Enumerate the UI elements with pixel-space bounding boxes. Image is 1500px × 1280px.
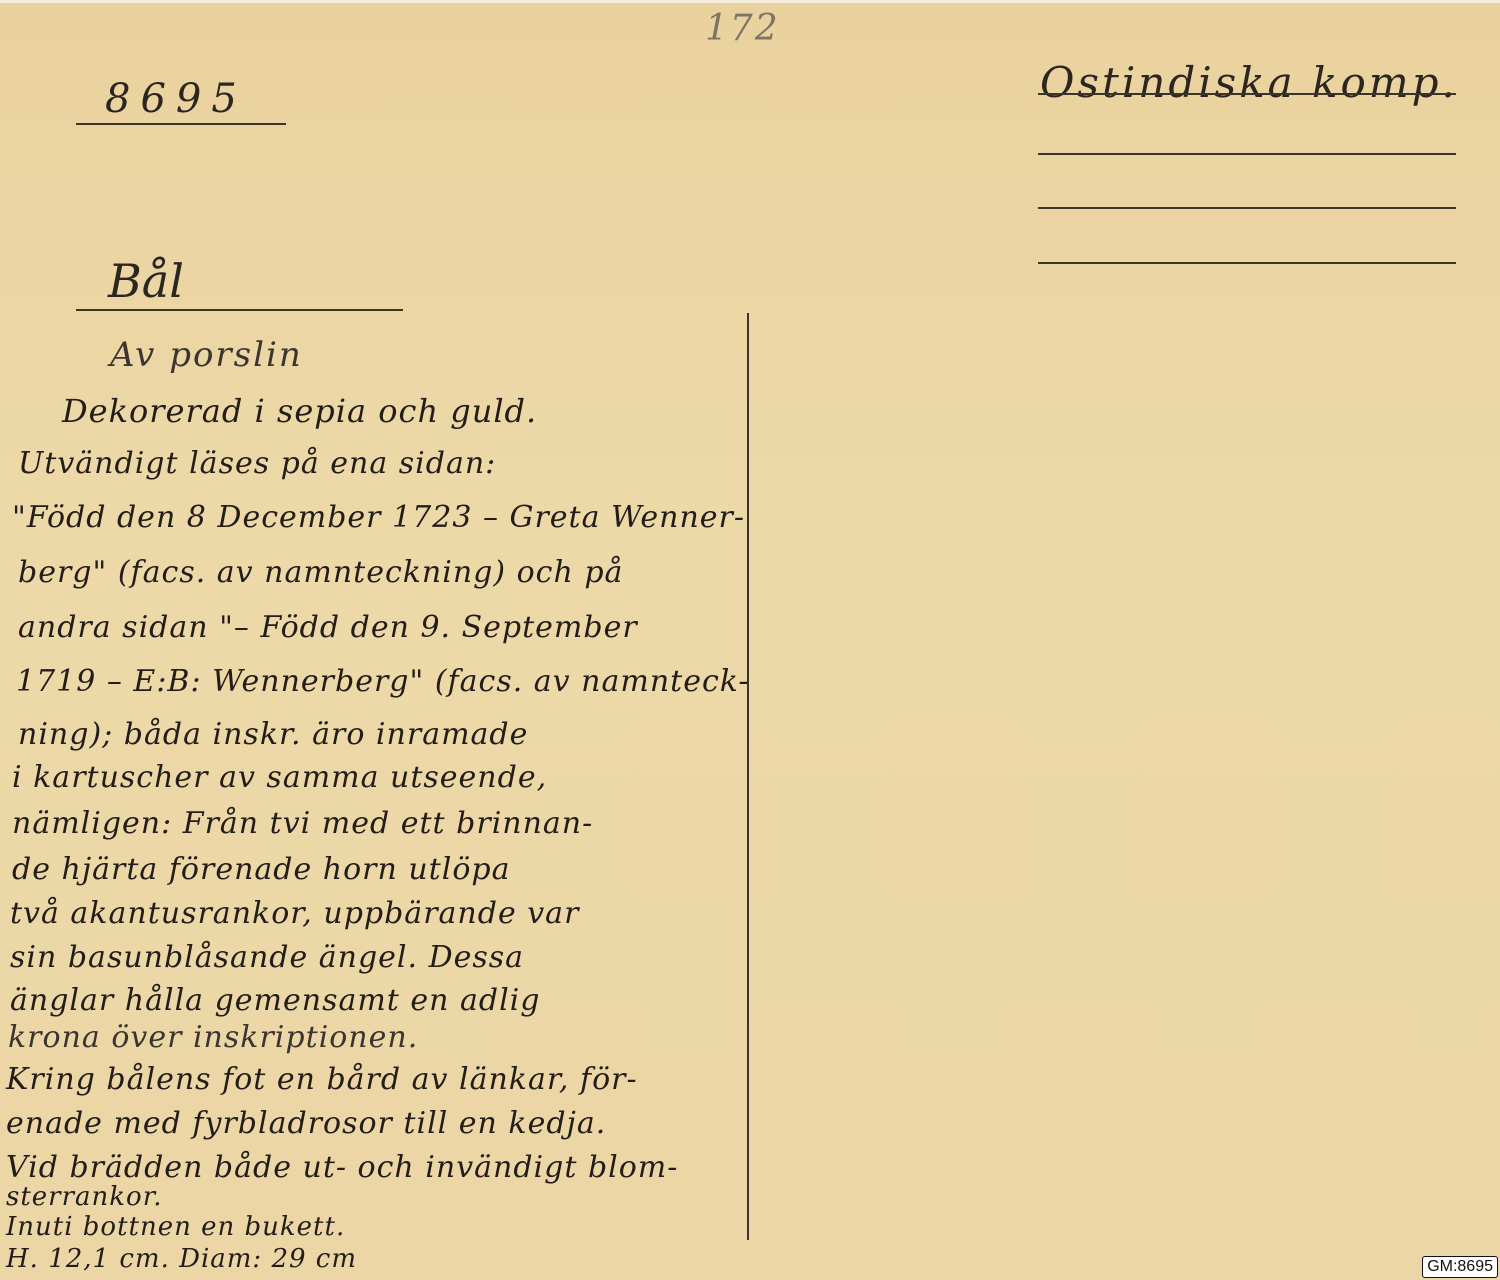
description-line: ning); båda inskr. äro inramade	[18, 717, 528, 752]
description-line: i kartuscher av samma utseende,	[12, 760, 547, 795]
description-line: krona över inskriptionen.	[8, 1020, 418, 1055]
description-line: H. 12,1 cm. Diam: 29 cm	[6, 1244, 357, 1274]
scan-edge	[0, 0, 1500, 3]
catalog-number: 8695	[105, 76, 247, 122]
description-line: Inuti bottnen en bukett.	[6, 1212, 345, 1242]
description-line: enade med fyrbladrosor till en kedja.	[6, 1106, 606, 1141]
description-line: 1719 – E:B: Wennerberg" (facs. av namnte…	[16, 664, 750, 699]
inventory-label: GM:8695	[1422, 1256, 1498, 1278]
catalog-card: 172 8695 Ostindiska komp. Bål Av porslin…	[0, 0, 1500, 1280]
description-line: nämligen: Från tvi med ett brinnan-	[12, 806, 593, 841]
category-label: Ostindiska komp.	[1040, 58, 1458, 107]
description-line: änglar hålla gemensamt en adlig	[10, 983, 540, 1018]
column-divider	[747, 313, 749, 1240]
description-line: sterrankor.	[6, 1182, 163, 1212]
description-line: Kring bålens fot en bård av länkar, för-	[6, 1062, 638, 1097]
description-line: Utvändigt läses på ena sidan:	[18, 446, 496, 481]
category-rule-3	[1038, 207, 1456, 209]
object-title: Bål	[108, 254, 184, 308]
description-line: andra sidan "– Född den 9. September	[18, 610, 638, 645]
description-line: berg" (facs. av namnteckning) och på	[18, 555, 623, 590]
description-line: Dekorerad i sepia och guld.	[62, 392, 537, 430]
description-line: de hjärta förenade horn utlöpa	[12, 852, 511, 887]
description-line: två akantusrankor, uppbärande var	[10, 896, 579, 931]
category-rule-2	[1038, 153, 1456, 155]
description-line: sin basunblåsande ängel. Dessa	[10, 940, 524, 975]
object-title-rule	[76, 309, 403, 311]
category-rule-4	[1038, 262, 1456, 264]
description-line: Vid brädden både ut- och invändigt blom-	[6, 1150, 678, 1185]
material-text: Av porslin	[110, 335, 303, 375]
category-rule-1	[1038, 93, 1456, 95]
description-line: "Född den 8 December 1723 – Greta Wenner…	[12, 500, 745, 535]
page-number: 172	[705, 8, 780, 49]
catalog-number-rule	[76, 123, 286, 125]
